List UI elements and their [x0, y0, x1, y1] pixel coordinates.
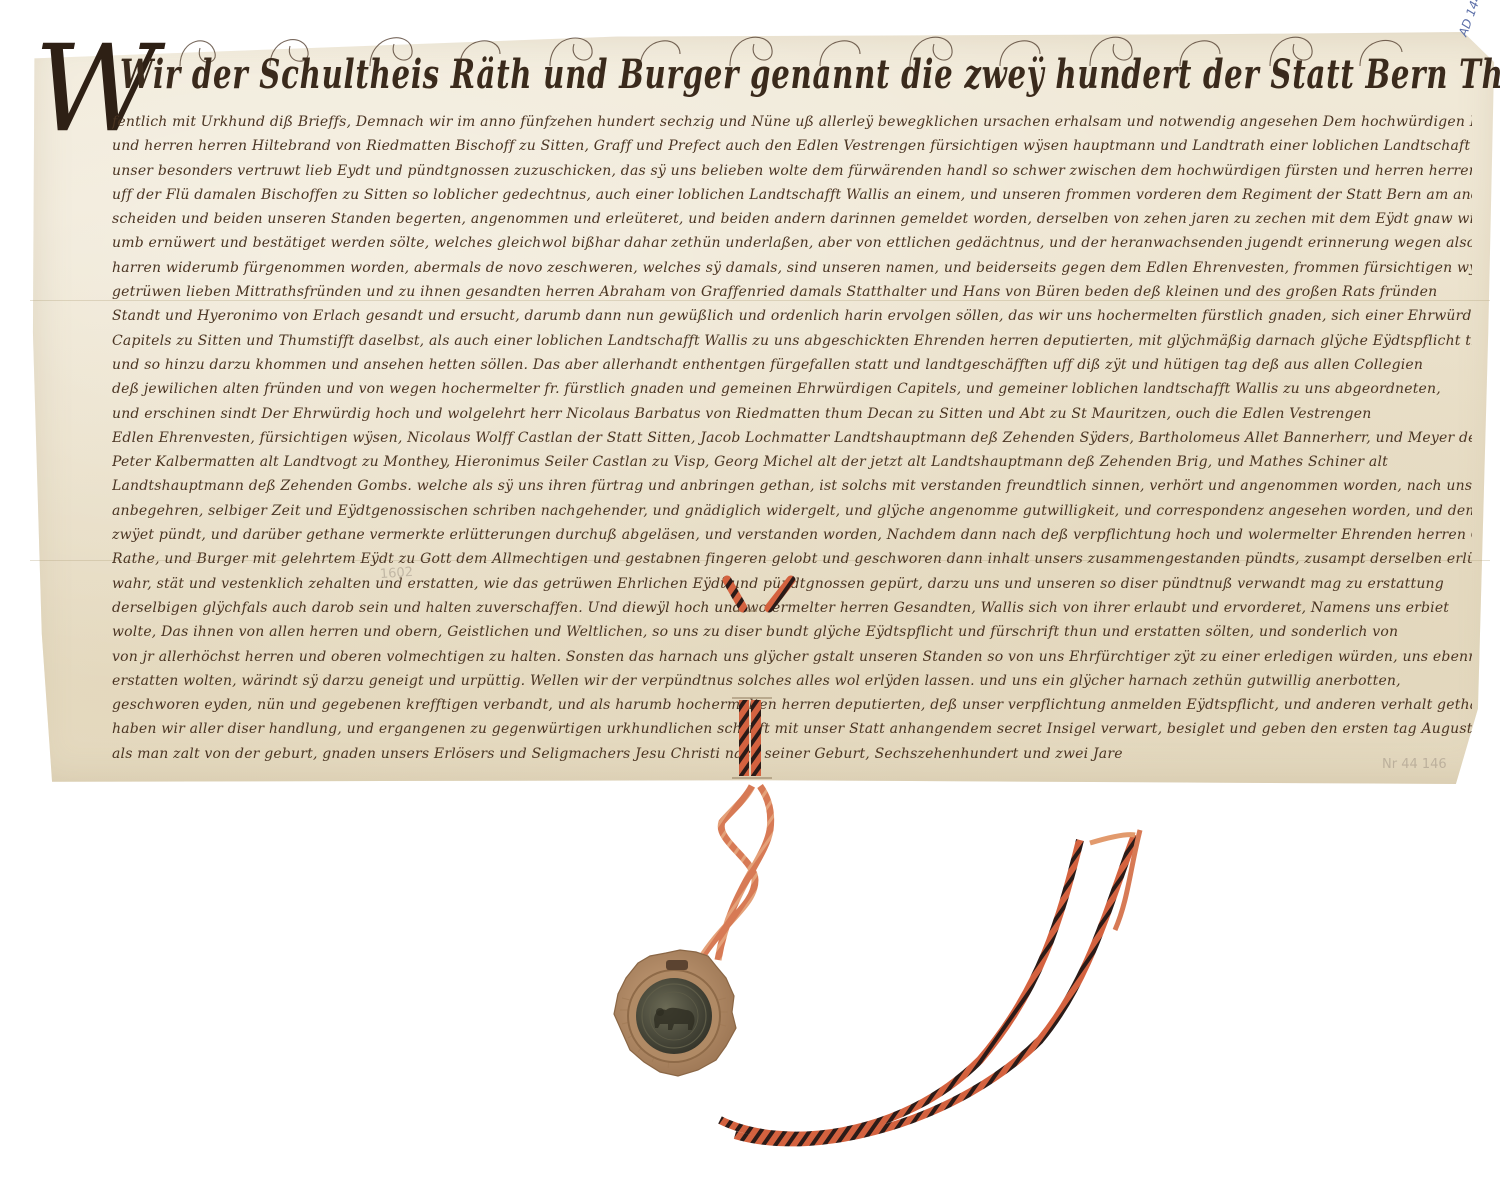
wax-seal-icon: [608, 938, 758, 1086]
